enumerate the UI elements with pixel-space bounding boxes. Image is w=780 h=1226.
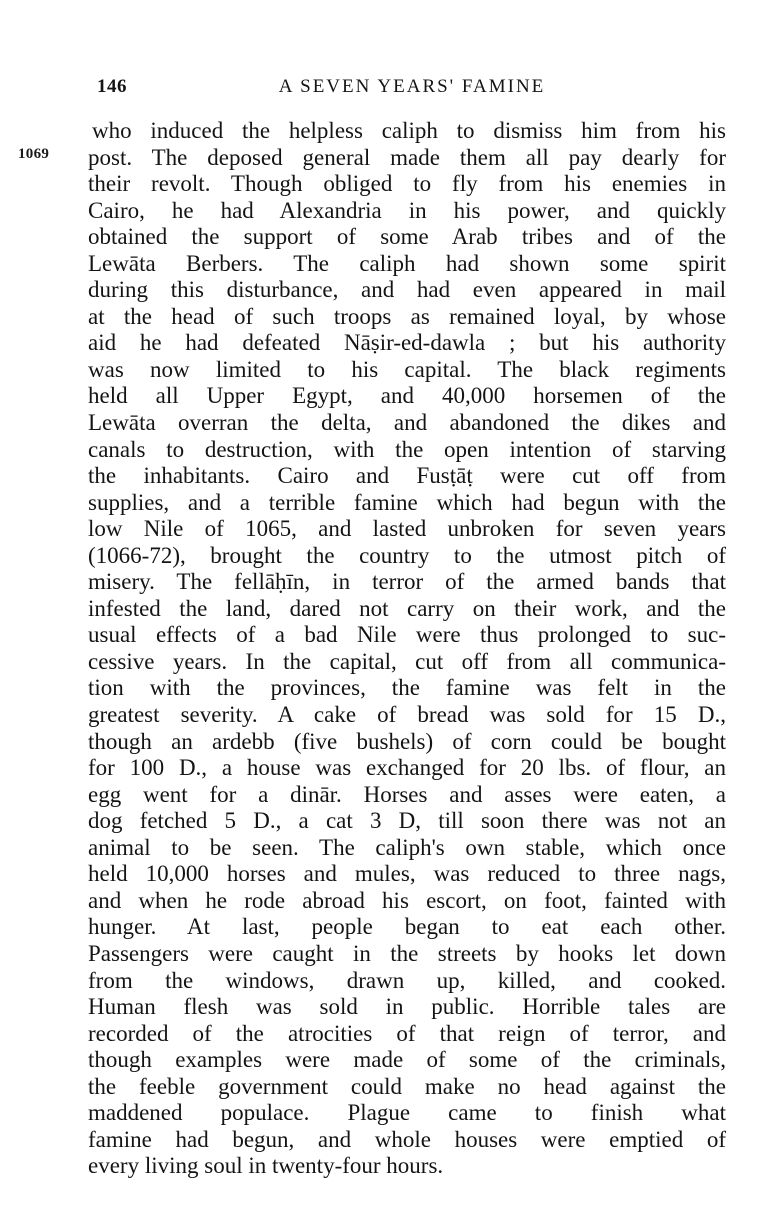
text-line: who induced the helpless caliph to dismi… [88,118,726,145]
text-line: though an ardebb (five bushels) of corn … [88,729,726,756]
text-line: animal to be seen. The caliph's own stab… [88,835,726,862]
text-line: during this disturbance, and had even ap… [88,277,726,304]
text-line: misery. The fellāḥīn, in terror of the a… [88,569,726,596]
text-line: the feeble government could make no head… [88,1074,726,1101]
text-line: every living soul in twenty-four hours. [88,1153,726,1180]
text-line: Lewāta Berbers. The caliph had shown som… [88,251,726,278]
text-line: aid he had defeated Nāṣir-ed-dawla ; but… [88,330,726,357]
text-line: post. The deposed general made them all … [88,145,726,172]
text-line: Lewāta overran the delta, and abandoned … [88,410,726,437]
text-line: the inhabitants. Cairo and Fusṭāṭ were c… [88,463,726,490]
text-line: infested the land, dared not carry on th… [88,596,726,623]
text-line: maddened populace. Plague came to finish… [88,1100,726,1127]
text-line: usual effects of a bad Nile were thus pr… [88,622,726,649]
text-line: Human flesh was sold in public. Horrible… [88,994,726,1021]
text-line: at the head of such troops as remained l… [88,304,726,331]
text-line: famine had begun, and whole houses were … [88,1127,726,1154]
text-line: (1066-72), brought the country to the ut… [88,543,726,570]
running-title: A SEVEN YEARS' FAMINE [88,76,728,98]
text-line: held all Upper Egypt, and 40,000 horseme… [88,383,726,410]
text-line: hunger. At last, people began to eat eac… [88,914,726,941]
text-line: canals to destruction, with the open int… [88,437,726,464]
text-line: though examples were made of some of the… [88,1047,726,1074]
text-line: low Nile of 1065, and lasted unbroken fo… [88,516,726,543]
text-line: their revolt. Though obliged to fly from… [88,171,726,198]
text-line: recorded of the atrocities of that reign… [88,1021,726,1048]
text-line: obtained the support of some Arab tribes… [88,224,726,251]
text-line: Cairo, he had Alexandria in his power, a… [88,198,726,225]
text-line: greatest severity. A cake of bread was s… [88,702,726,729]
text-line: from the windows, drawn up, killed, and … [88,968,726,995]
text-line: was now limited to his capital. The blac… [88,357,726,384]
text-line: tion with the provinces, the famine was … [88,675,726,702]
text-line: for 100 D., a house was exchanged for 20… [88,755,726,782]
text-line: egg went for a dinār. Horses and asses w… [88,782,726,809]
text-line: held 10,000 horses and mules, was reduce… [88,861,726,888]
text-line: cessive years. In the capital, cut off f… [88,649,726,676]
text-line: supplies, and a terrible famine which ha… [88,490,726,517]
text-line: dog fetched 5 D., a cat 3 D, till soon t… [88,808,726,835]
body-text: who induced the helpless caliph to dismi… [88,118,726,1180]
running-head: 146 A SEVEN YEARS' FAMINE [88,76,728,102]
text-line: and when he rode abroad his escort, on f… [88,888,726,915]
text-line: Passengers were caught in the streets by… [88,941,726,968]
margin-year-note: 1069 [18,146,49,163]
book-page: 146 A SEVEN YEARS' FAMINE 1069 who induc… [0,0,780,1226]
